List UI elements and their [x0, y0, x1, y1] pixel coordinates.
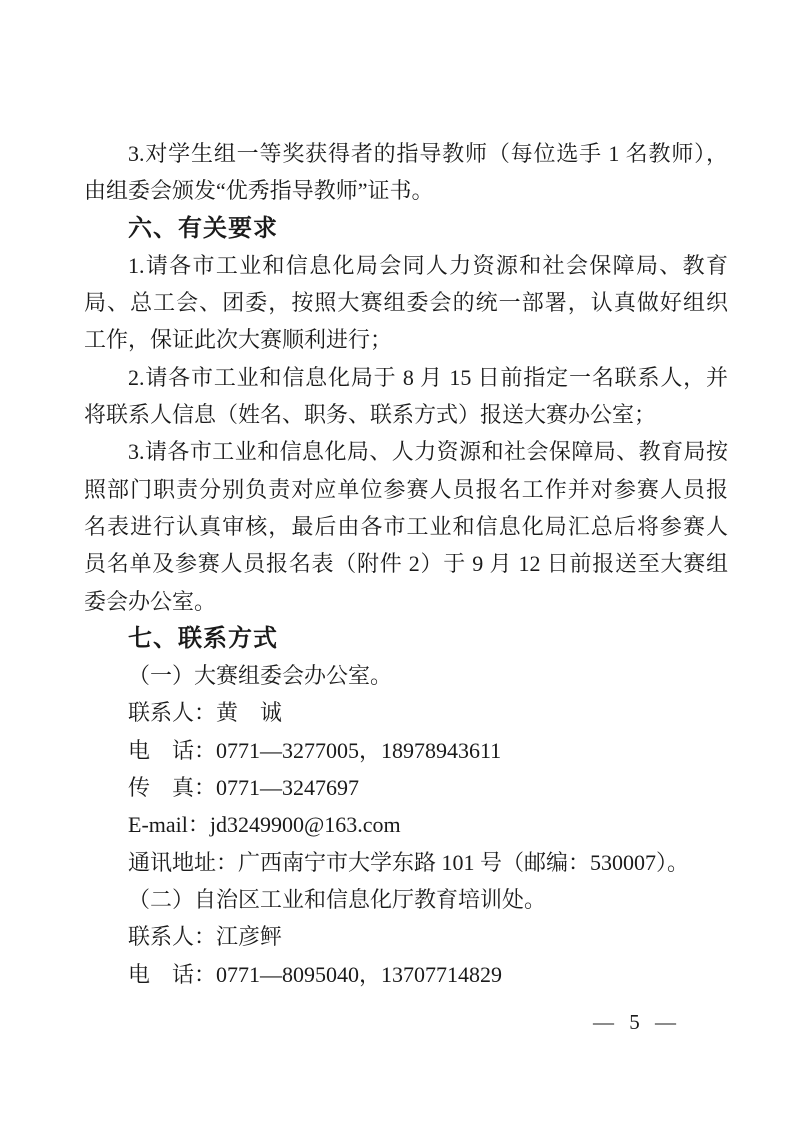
address-line: 通讯地址：广西南宁市大学东路 101 号（邮编：530007）。: [84, 844, 728, 881]
text-line: 工作，保证此次大赛顺利进行；: [84, 321, 728, 358]
document-page: 3.对学生组一等奖获得者的指导教师（每位选手 1 名教师）， 由组委会颁发“优秀…: [0, 0, 793, 1122]
subsection-dept-title: （二）自治区工业和信息化厅教育培训处。: [84, 881, 728, 918]
page-number: — 5 —: [593, 1010, 677, 1035]
contact-person-line: 联系人：江彦鲆: [84, 918, 728, 955]
text-line: 3.请各市工业和信息化局、人力资源和社会保障局、教育局按: [84, 433, 728, 470]
text-line: 名表进行认真审核，最后由各市工业和信息化局汇总后将参赛人: [84, 508, 728, 545]
subsection-office-title: （一）大赛组委会办公室。: [84, 657, 728, 694]
email-line: E-mail：jd3249900@163.com: [84, 806, 728, 843]
section-heading-requirements: 六、有关要求: [84, 210, 728, 247]
text-line: 将联系人信息（姓名、职务、联系方式）报送大赛办公室；: [84, 396, 728, 433]
text-line: 局、总工会、团委，按照大赛组委会的统一部署，认真做好组织: [84, 284, 728, 321]
text-line: 3.对学生组一等奖获得者的指导教师（每位选手 1 名教师），: [84, 135, 728, 172]
text-line: 1.请各市工业和信息化局会同人力资源和社会保障局、教育: [84, 247, 728, 284]
text-line: 照部门职责分别负责对应单位参赛人员报名工作并对参赛人员报: [84, 471, 728, 508]
contact-person-line: 联系人：黄 诚: [84, 694, 728, 731]
text-line: 员名单及参赛人员报名表（附件 2）于 9 月 12 日前报送至大赛组: [84, 545, 728, 582]
phone-line: 电 话：0771—3277005，18978943611: [84, 732, 728, 769]
fax-line: 传 真：0771—3247697: [84, 769, 728, 806]
text-line: 2.请各市工业和信息化局于 8 月 15 日前指定一名联系人，并: [84, 359, 728, 396]
document-body: 3.对学生组一等奖获得者的指导教师（每位选手 1 名教师）， 由组委会颁发“优秀…: [84, 135, 728, 993]
text-line: 委会办公室。: [84, 583, 728, 620]
section-heading-contact: 七、联系方式: [84, 620, 728, 657]
text-line: 由组委会颁发“优秀指导教师”证书。: [84, 172, 728, 209]
phone-line: 电 话：0771—8095040，13707714829: [84, 956, 728, 993]
